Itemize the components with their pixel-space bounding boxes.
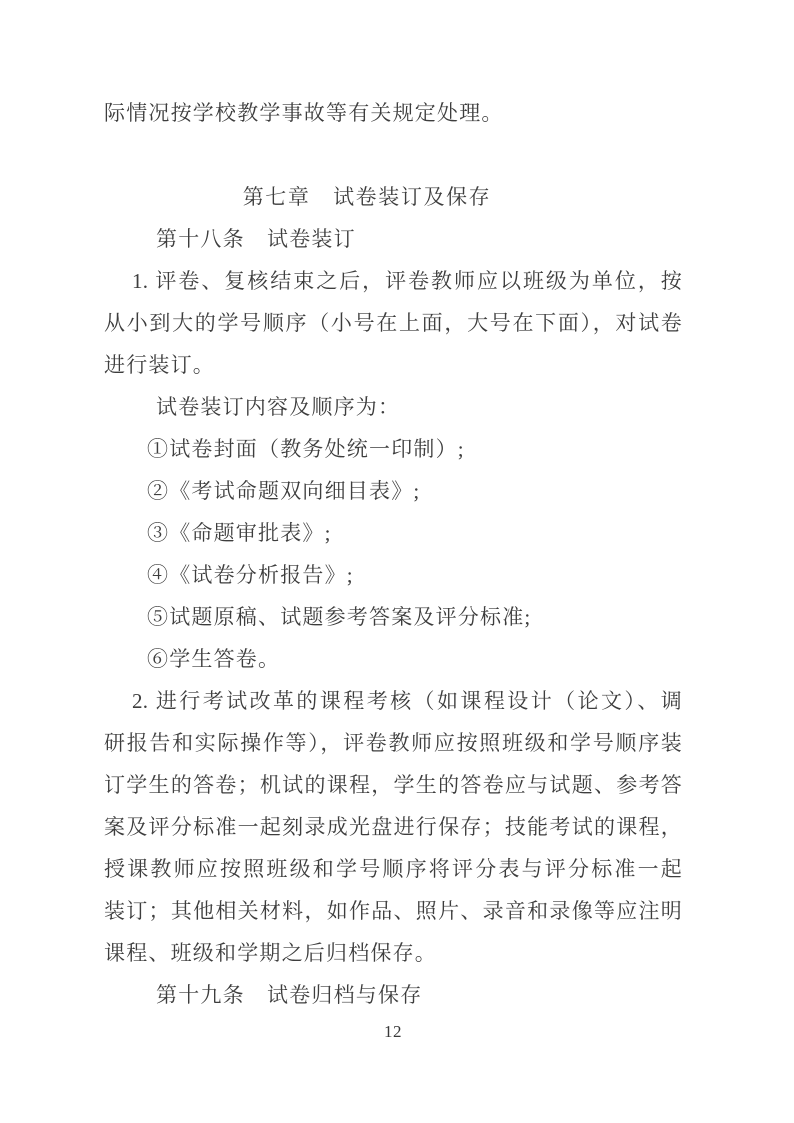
article-heading: 试卷装订内容及顺序为： <box>104 386 682 428</box>
text-line: 案及评分标准一起刻录成光盘进行保存；技能考试的课程， <box>104 806 682 848</box>
text-line: 从小到大的学号顺序（小号在上面，大号在下面），对试卷 <box>104 302 682 344</box>
article-heading: 第十九条 试卷归档与保存 <box>104 974 682 1016</box>
text-line: 研报告和实际操作等），评卷教师应按照班级和学号顺序装 <box>104 722 682 764</box>
text-line: 1. 评卷、复核结束之后，评卷教师应以班级为单位，按 <box>104 260 682 302</box>
page-number: 12 <box>104 1020 682 1044</box>
text-line: 订学生的答卷；机试的课程，学生的答卷应与试题、参考答 <box>104 764 682 806</box>
text-line: 课程、班级和学期之后归档保存。 <box>104 932 682 974</box>
text-line: 授课教师应按照班级和学号顺序将评分表与评分标准一起 <box>104 848 682 890</box>
text-line: 2. 进行考试改革的课程考核（如课程设计（论文）、调 <box>104 680 682 722</box>
list-item: ①试卷封面（教务处统一印制）; <box>104 428 682 470</box>
text-line: 际情况按学校教学事故等有关规定处理。 <box>104 92 682 134</box>
document-page: 际情况按学校教学事故等有关规定处理。第七章 试卷装订及保存第十八条 试卷装订1.… <box>0 0 794 1123</box>
article-heading: 第十八条 试卷装订 <box>104 218 682 260</box>
list-item: ⑤试题原稿、试题参考答案及评分标准; <box>104 596 682 638</box>
list-item: ②《考试命题双向细目表》; <box>104 470 682 512</box>
list-item: ④《试卷分析报告》; <box>104 554 682 596</box>
text-line: 进行装订。 <box>104 344 682 386</box>
list-item: ⑥学生答卷。 <box>104 638 682 680</box>
document-body: 际情况按学校教学事故等有关规定处理。第七章 试卷装订及保存第十八条 试卷装订1.… <box>104 92 682 1016</box>
text-line: 装订；其他相关材料，如作品、照片、录音和录像等应注明 <box>104 890 682 932</box>
list-item: ③《命题审批表》; <box>104 512 682 554</box>
blank-line <box>104 134 682 176</box>
chapter-heading: 第七章 试卷装订及保存 <box>104 176 682 218</box>
